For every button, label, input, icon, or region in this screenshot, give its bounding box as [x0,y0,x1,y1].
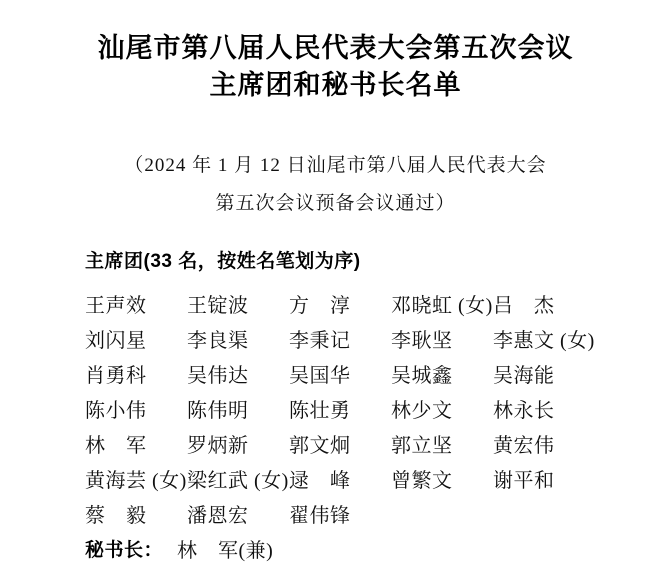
member-name: 逯 峰 [289,464,391,493]
member-name: 吴国华 [289,359,391,388]
member-name: 罗炳新 [187,429,289,458]
member-name: 翟伟锋 [289,499,391,528]
member-name: 陈小伟 [85,394,187,423]
name-row: 蔡 毅潘恩宏翟伟锋 [85,496,671,531]
member-name: 林永长 [493,394,595,423]
adoption-note: （2024 年 1 月 12 日汕尾市第八届人民代表大会 第五次会议预备会议通过… [0,147,671,223]
member-name: 李惠文 (女) [493,324,595,353]
adoption-note-line-2: 第五次会议预备会议通过） [0,185,671,223]
name-row: 刘闪星李良渠李秉记李耿坚李惠文 (女) [85,321,671,356]
member-name: 吴海能 [493,359,595,388]
member-name: 王声效 [85,289,187,318]
name-row: 肖勇科吴伟达吴国华吴城鑫吴海能 [85,356,671,391]
member-name: 林 军 [85,429,187,458]
name-row: 陈小伟陈伟明陈壮勇林少文林永长 [85,391,671,426]
name-row: 黄海芸 (女)梁红武 (女)逯 峰曾繁文谢平和 [85,461,671,496]
title-line-1: 汕尾市第八届人民代表大会第五次会议 [0,30,671,67]
member-name: 方 淳 [289,289,391,318]
title-line-2: 主席团和秘书长名单 [0,67,671,104]
document-title: 汕尾市第八届人民代表大会第五次会议 主席团和秘书长名单 [0,0,671,104]
member-name: 吕 杰 [493,289,595,318]
secretary-general-line: 秘书长： 林 军(兼) [85,531,671,566]
secretary-general-label: 秘书长： [85,535,163,562]
member-name: 梁红武 (女) [187,464,289,493]
presidium-section-header: 主席团(33 名，按姓名笔划为序) [85,251,671,273]
member-name: 陈壮勇 [289,394,391,423]
member-name: 黄宏伟 [493,429,595,458]
member-name: 蔡 毅 [85,499,187,528]
member-name: 郭文炯 [289,429,391,458]
member-name: 谢平和 [493,464,595,493]
secretary-general-name: 林 军(兼) [177,534,273,563]
name-row: 王声效王锭波方 淳邓晓虹 (女)吕 杰 [85,286,671,321]
member-name: 郭立坚 [391,429,493,458]
member-name: 吴伟达 [187,359,289,388]
member-name: 邓晓虹 (女) [391,289,493,318]
member-name: 李秉记 [289,324,391,353]
member-name: 李良渠 [187,324,289,353]
member-name: 曾繁文 [391,464,493,493]
document-page: 汕尾市第八届人民代表大会第五次会议 主席团和秘书长名单 （2024 年 1 月 … [0,0,671,588]
adoption-note-line-1: （2024 年 1 月 12 日汕尾市第八届人民代表大会 [0,147,671,185]
member-name: 肖勇科 [85,359,187,388]
member-name: 王锭波 [187,289,289,318]
presidium-name-list: 王声效王锭波方 淳邓晓虹 (女)吕 杰 刘闪星李良渠李秉记李耿坚李惠文 (女) … [85,286,671,531]
member-name: 陈伟明 [187,394,289,423]
member-name: 黄海芸 (女) [85,464,187,493]
name-row: 林 军罗炳新郭文炯郭立坚黄宏伟 [85,426,671,461]
member-name: 李耿坚 [391,324,493,353]
member-name: 刘闪星 [85,324,187,353]
member-name: 林少文 [391,394,493,423]
member-name: 吴城鑫 [391,359,493,388]
member-name: 潘恩宏 [187,499,289,528]
